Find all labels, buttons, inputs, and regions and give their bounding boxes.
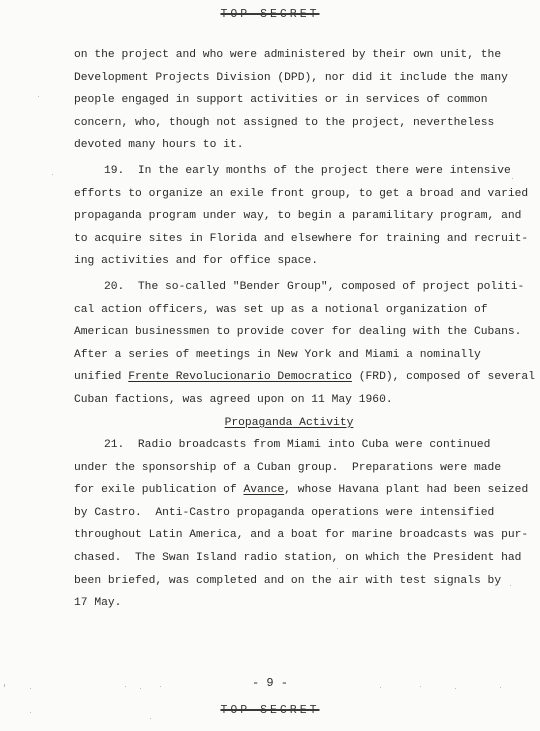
text-fragment: (FRD), composed of several xyxy=(352,371,535,383)
text-line: for exile publication of Avance, whose H… xyxy=(74,479,504,502)
section-heading-text: Propaganda Activity xyxy=(225,417,354,429)
classification-text: TOP SECRET xyxy=(220,8,319,21)
text-line: concern, who, though not assigned to the… xyxy=(74,112,504,135)
text-line: under the sponsorship of a Cuban group. … xyxy=(74,457,504,480)
text-line: to acquire sites in Florida and elsewher… xyxy=(74,228,504,251)
text-line: on the project and who were administered… xyxy=(74,44,504,67)
document-page: TOP SECRET on the project and who were a… xyxy=(0,0,540,731)
text-line: throughout Latin America, and a boat for… xyxy=(74,524,504,547)
text-line: chased. The Swan Island radio station, o… xyxy=(74,547,504,570)
underlined-publication-name: Avance xyxy=(243,484,284,496)
footer-classification-marking: TOP SECRET xyxy=(0,704,540,717)
underlined-org-name: Frente Revolucionario Democratico xyxy=(128,371,352,383)
text-line: American businessmen to provide cover fo… xyxy=(74,321,504,344)
text-line: unified Frente Revolucionario Democratic… xyxy=(74,366,504,389)
text-fragment: unified xyxy=(74,371,128,383)
text-line: cal action officers, was set up as a not… xyxy=(74,299,504,322)
text-line: been briefed, was completed and on the a… xyxy=(74,570,504,593)
paragraph-19: 19. In the early months of the project t… xyxy=(74,160,504,273)
continuation-paragraph: on the project and who were administered… xyxy=(74,44,504,157)
text-line: Cuban factions, was agreed upon on 11 Ma… xyxy=(74,389,504,412)
page-number: - 9 - xyxy=(0,676,540,690)
text-line: by Castro. Anti-Castro propaganda operat… xyxy=(74,502,504,525)
text-line: ing activities and for office space. xyxy=(74,250,504,273)
text-line: After a series of meetings in New York a… xyxy=(74,344,504,367)
text-line: 19. In the early months of the project t… xyxy=(74,160,504,183)
text-line: 21. Radio broadcasts from Miami into Cub… xyxy=(74,434,504,457)
text-line: 20. The so-called "Bender Group", compos… xyxy=(74,276,504,299)
section-heading: Propaganda Activity xyxy=(74,412,504,435)
text-line: Development Projects Division (DPD), nor… xyxy=(74,67,504,90)
document-body: on the project and who were administered… xyxy=(74,44,504,615)
text-line: devoted many hours to it. xyxy=(74,134,504,157)
paragraph-20: 20. The so-called "Bender Group", compos… xyxy=(74,276,504,412)
text-line: people engaged in support activities or … xyxy=(74,89,504,112)
paragraph-21: 21. Radio broadcasts from Miami into Cub… xyxy=(74,434,504,615)
text-fragment: for exile publication of xyxy=(74,484,243,496)
classification-text: TOP SECRET xyxy=(220,704,319,717)
header-classification-marking: TOP SECRET xyxy=(0,8,540,21)
text-line: 17 May. xyxy=(74,592,504,615)
text-line: propaganda program under way, to begin a… xyxy=(74,205,504,228)
text-fragment: , whose Havana plant had been seized xyxy=(284,484,528,496)
text-line: efforts to organize an exile front group… xyxy=(74,183,504,206)
